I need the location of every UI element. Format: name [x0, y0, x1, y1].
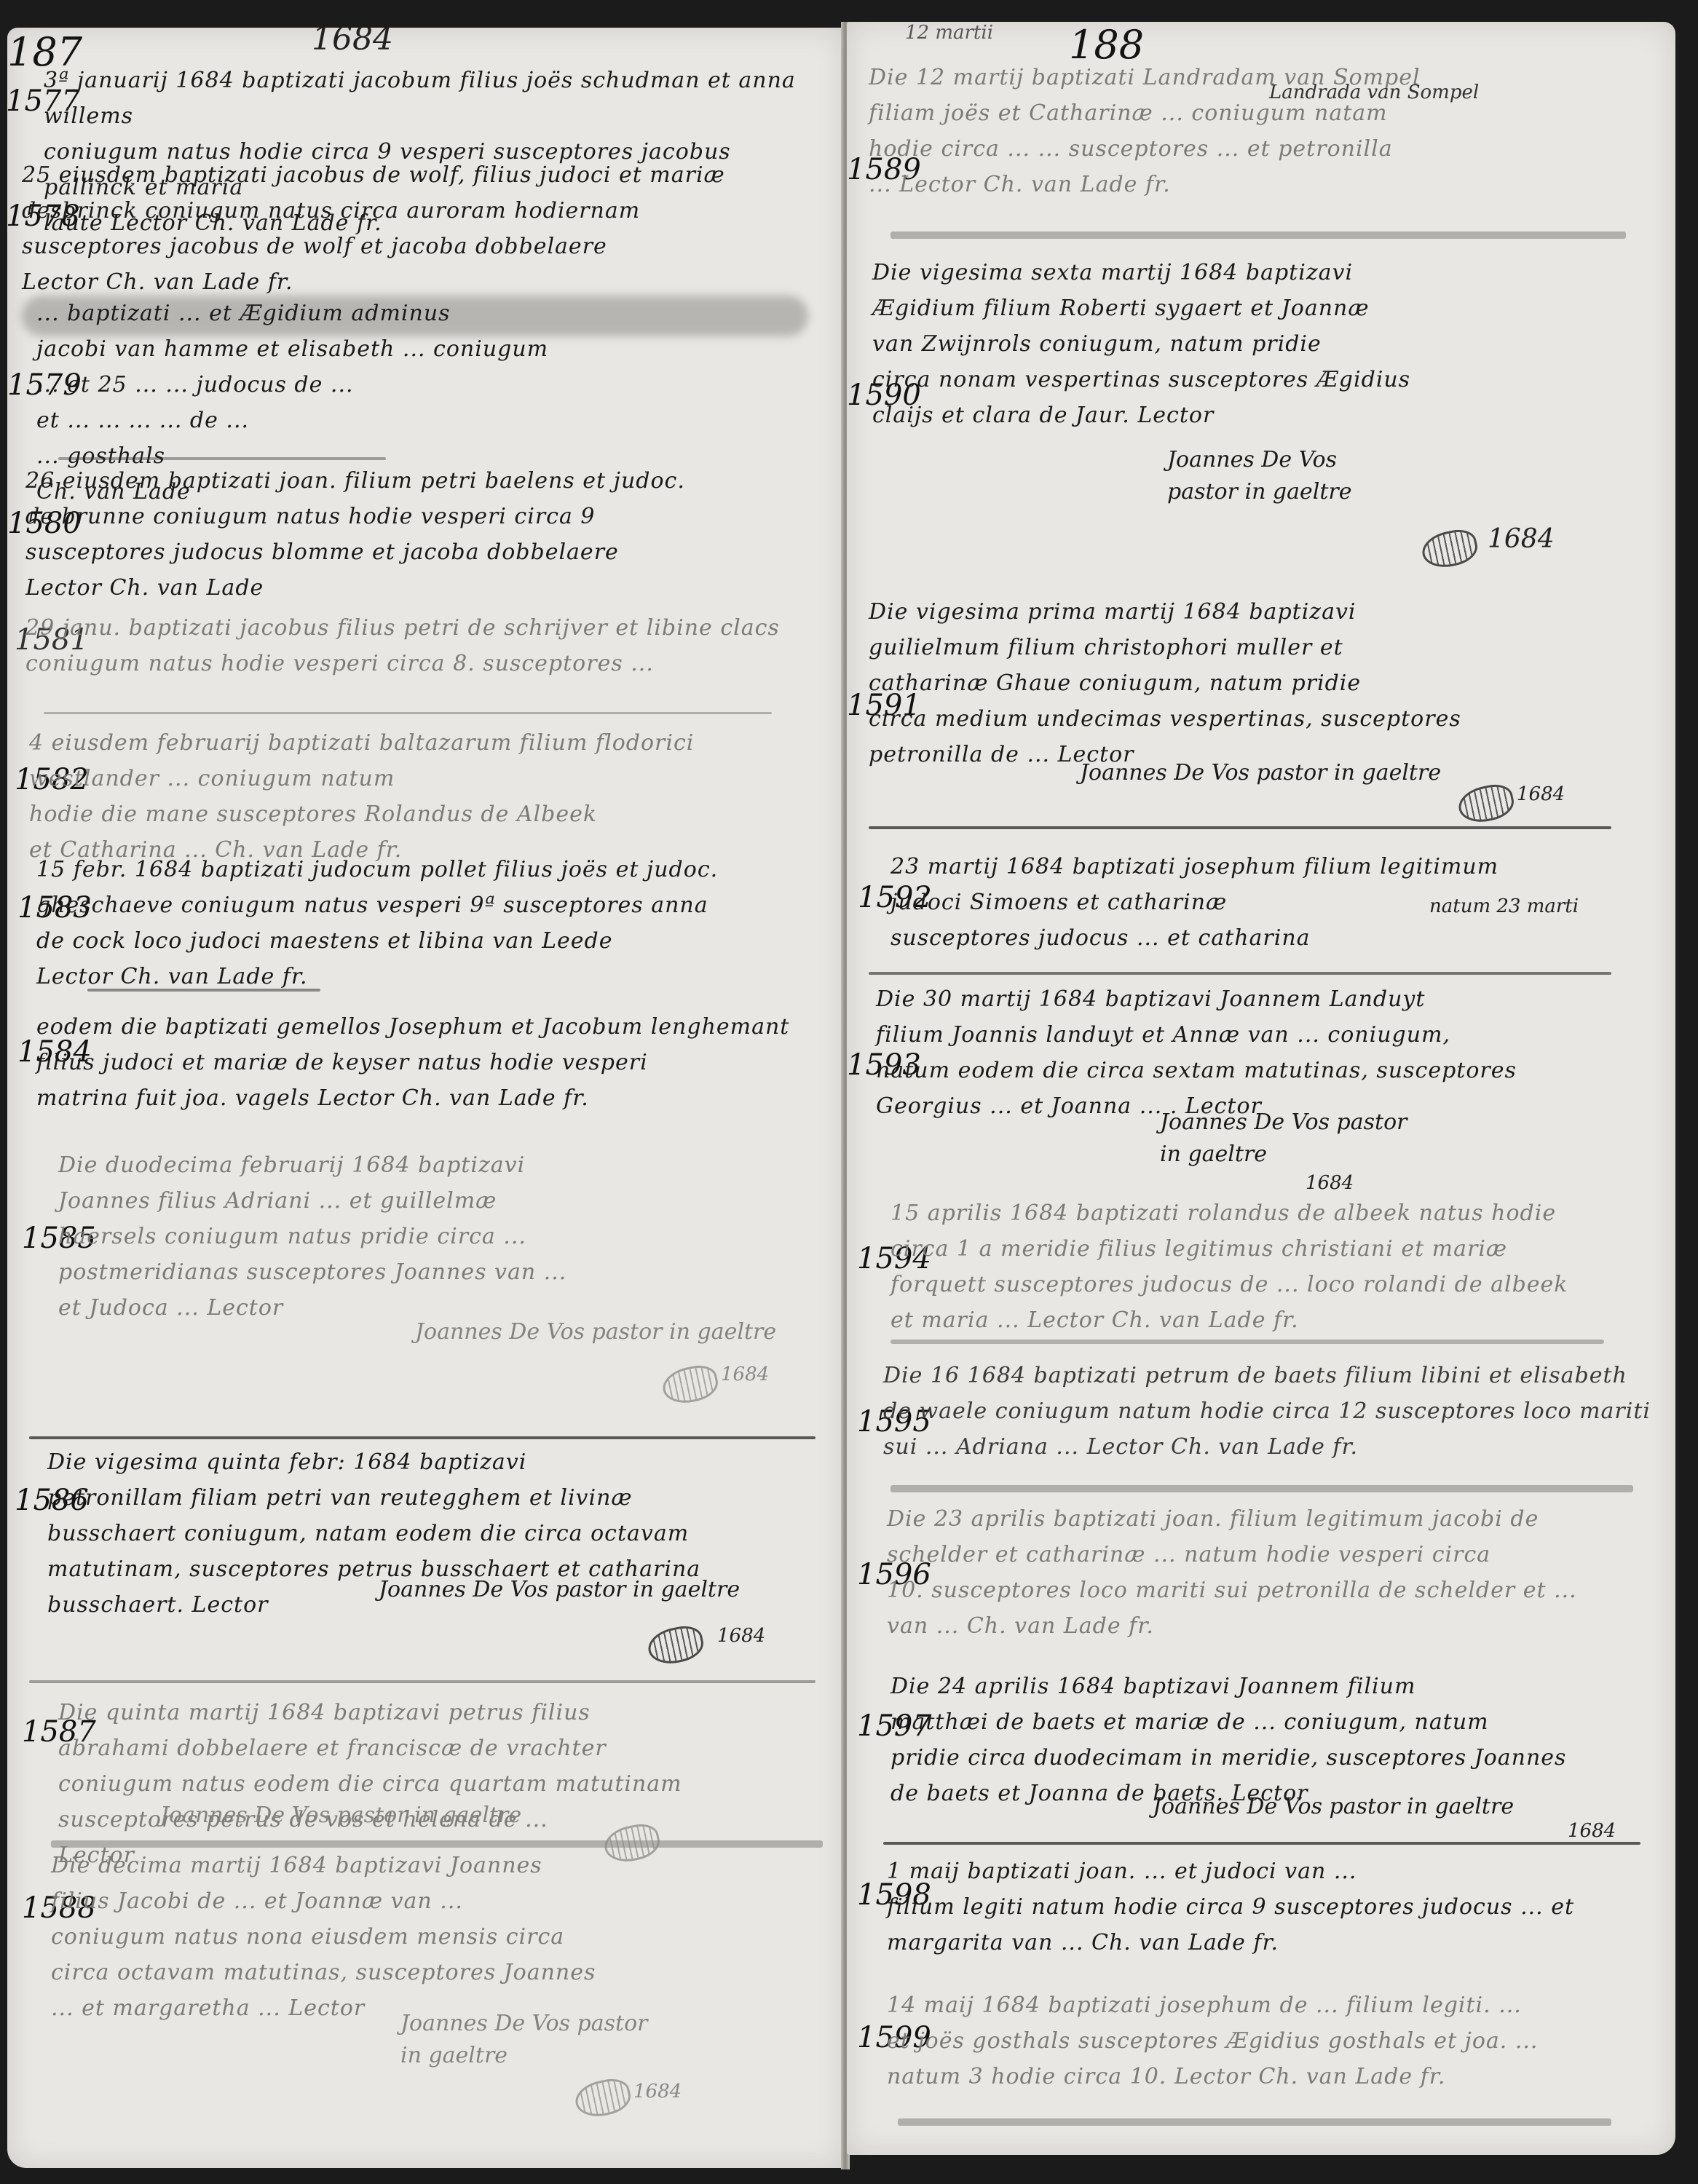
entry-text: Die vigesima prima martij 1684 baptizavi… — [869, 594, 1655, 772]
left-page: 187 1684 1577 3ª januarij 1684 baptizati… — [7, 28, 845, 2168]
pastor-signature: Joannes De Vos pastor in gaeltre — [160, 1800, 816, 1832]
entry-text: 26 eiusdem baptizati joan. filium petri … — [25, 463, 826, 606]
pastor-signature: Joannes De Vos pastor in gaeltre — [1080, 757, 1590, 789]
entry-text: 1 maij baptizati joan. ... et judoci van… — [887, 1853, 1666, 1961]
entry-text: Die decima martij 1684 baptizavi Joannes… — [51, 1848, 830, 2026]
entry-text: Die 12 martij baptizati Landradam van So… — [869, 60, 1662, 202]
entry-text: 25 eiusdem baptizati jacobus de wolf, fi… — [22, 157, 823, 300]
entry-text: 15 aprilis 1684 baptizati rolandus de al… — [891, 1195, 1662, 1338]
entry-text: Die 16 1684 baptizati petrum de baets fi… — [883, 1358, 1662, 1465]
register-spread: 187 1684 1577 3ª januarij 1684 baptizati… — [0, 0, 1698, 2184]
entry-text: 15 febr. 1684 baptizati judocum pollet f… — [36, 852, 837, 994]
entry-text: 4 eiusdem februarij baptizati baltazarum… — [29, 725, 830, 868]
entry-text: 29 janu. baptizati jacobus filius petri … — [25, 610, 826, 681]
pastor-signature: Joannes De Vos pastor in gaeltre — [1167, 444, 1575, 508]
year-header: 1684 — [312, 28, 393, 58]
pastor-signature: Joannes De Vos pastor in gaeltre — [1160, 1107, 1568, 1171]
entry-text: Die duodecima februarij 1684 baptizavi J… — [58, 1147, 830, 1326]
pastor-signature: Joannes De Vos pastor in gaeltre — [400, 2008, 808, 2072]
pastor-signature: Joannes De Vos pastor in gaeltre — [379, 1574, 816, 1606]
interlinear-name: Landrada van Sompel — [1269, 82, 1479, 103]
entry-text: Die vigesima sexta martij 1684 baptizavi… — [872, 255, 1659, 433]
entry-text: Die 24 aprilis 1684 baptizavi Joannem fi… — [891, 1669, 1662, 1811]
entry-text: eodem die baptizati gemellos Josephum et… — [36, 1009, 837, 1116]
entry-text: Die 23 aprilis baptizati joan. filium le… — [887, 1501, 1666, 1644]
margin-note: 12 martii — [905, 22, 993, 44]
right-page: 188 12 martii 1589 Die 12 martij baptiza… — [847, 22, 1675, 2155]
birth-note: natum 23 marti — [1429, 895, 1579, 917]
entry-text: 14 maij 1684 baptizati josephum de ... f… — [887, 1987, 1666, 2094]
pastor-signature: Joannes De Vos pastor in gaeltre — [1153, 1791, 1633, 1823]
entry-text: Die 30 martij 1684 baptizavi Joannem Lan… — [876, 981, 1670, 1124]
pastor-signature: Joannes De Vos pastor in gaeltre — [415, 1316, 823, 1348]
